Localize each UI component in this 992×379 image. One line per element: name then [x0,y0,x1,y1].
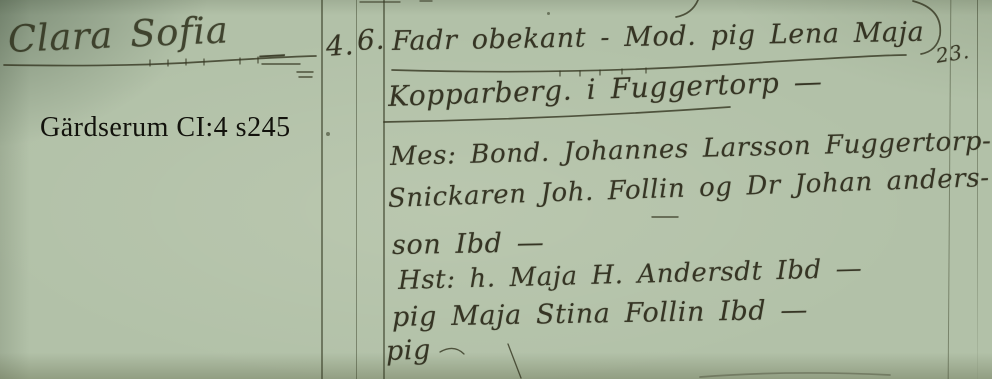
record-text-line: pig Maja Stina Follin Ibd — [392,295,809,333]
top-edge-descender-fragment [676,0,698,17]
top-edge-line-fragment [360,1,432,2]
entry-name-dash: — [257,37,287,71]
record-text-line: Fadr obekant - Mod. pig Lena Maja [392,17,925,57]
bottom-edge-curve-fragment [440,348,464,354]
birth-day-value: 4. [325,28,355,63]
name-underline-ticks [150,57,258,66]
entry-name-handwriting: Clara Sofia [7,8,229,61]
record-text-line: Snickaren Joh. Follin og Dr Johan anders… [387,163,990,214]
record-text-line: Hst: h. Maja H. Andersdt Ibd — [398,254,863,296]
scanned-parish-record-page: Clara Sofia — Gärdserum CI:4 s245 4. 6. … [0,0,992,379]
line1-underline [392,55,906,72]
paper-fleck [326,132,330,136]
record-text-line: son Ibd — [392,227,545,261]
column-rule-birth-baptism [356,0,357,379]
column-rule-text-start [383,0,385,379]
baptism-day-value: 6. [356,23,386,57]
margin-page-number: 23. [934,39,971,68]
paper-fleck [547,12,550,15]
next-entry-fragment: pig [385,334,431,367]
record-text-line: Kopparberg. i Fuggertorp — [387,65,822,113]
paper-fleck [862,146,865,149]
column-rule-left [321,0,323,379]
bottom-edge-stroke-fragment [508,344,521,378]
archive-reference-label: Gärdserum CI:4 s245 [40,112,291,144]
bottom-edge-faint-line [700,373,890,377]
